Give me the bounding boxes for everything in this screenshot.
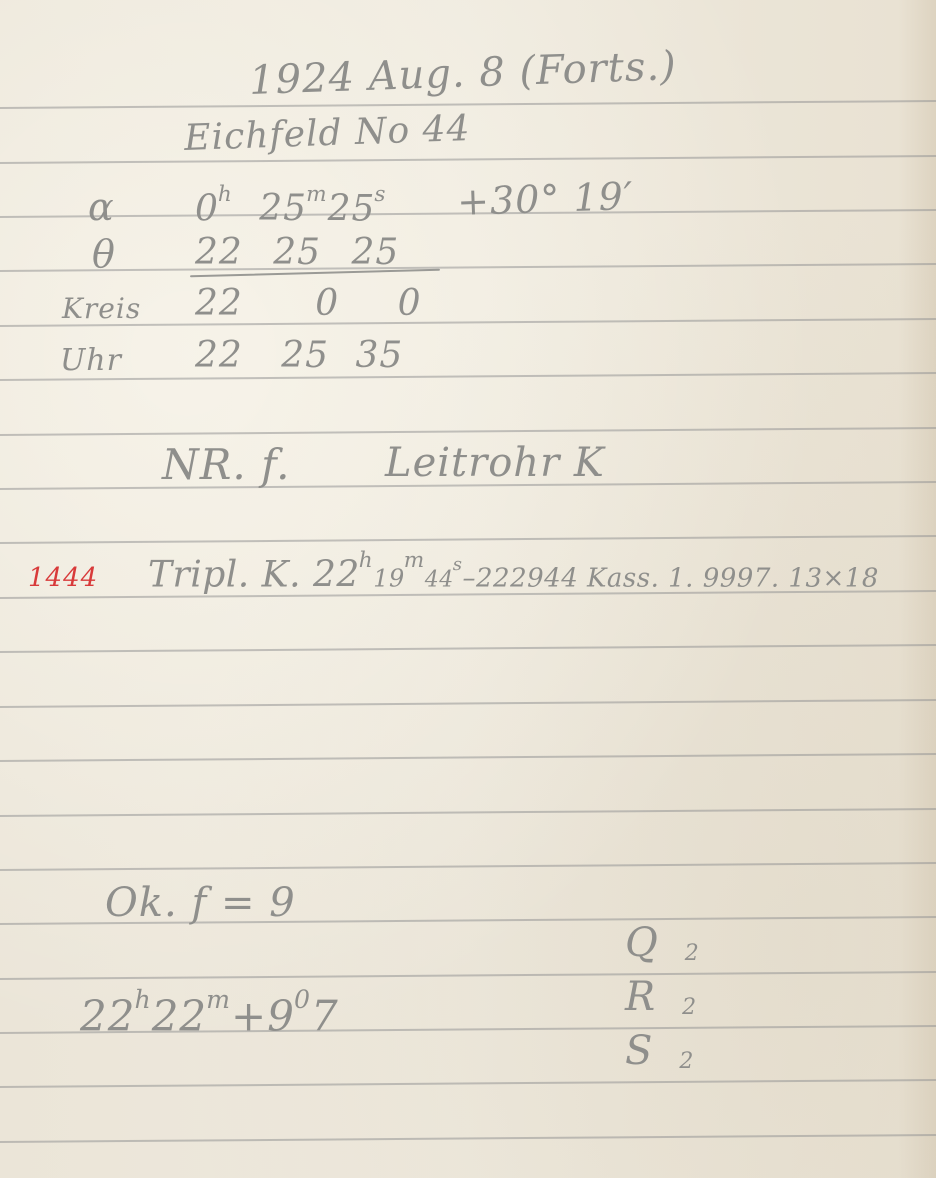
symbol-stack: Q 2 R 2 S 2 <box>625 920 700 1074</box>
symbol-row: Q 2 <box>625 920 700 966</box>
position-note: 22h22m+907 <box>80 985 339 1041</box>
symbol-row: S 2 <box>625 1028 700 1074</box>
ruled-line <box>0 372 936 381</box>
row-label-kreis: Kreis <box>62 292 141 325</box>
ruled-line <box>0 971 936 980</box>
entry-date: 1924 Aug. 8 (Forts.) <box>248 43 677 104</box>
kreis-values: 22 0 0 <box>195 283 422 324</box>
note-leitrohr: Leitrohr K <box>385 440 605 486</box>
ruled-line <box>0 699 936 708</box>
plate-number: 1444 <box>28 563 98 593</box>
symbol-exponent: 2 <box>682 995 697 1020</box>
symbol-glyph: S <box>625 1028 653 1074</box>
ocular-note: Ok. f = 9 <box>105 880 296 926</box>
note-nr: NR. f. <box>162 440 290 489</box>
ruled-line <box>0 1134 936 1143</box>
ruled-line <box>0 862 936 871</box>
ruled-line <box>0 808 936 817</box>
ruled-line <box>0 753 936 762</box>
ruled-line <box>0 644 936 653</box>
theta-values: 22 25 25 <box>195 232 399 273</box>
plate-entry-text: Tripl. K. 22h19m44s–222944 Kass. 1. 9997… <box>148 548 879 595</box>
ruled-line <box>0 155 936 164</box>
symbol-row: R 2 <box>625 974 700 1020</box>
symbol-glyph: R <box>625 974 656 1020</box>
declination-value: +30° 19′ <box>456 174 634 224</box>
ruled-line <box>0 1079 936 1088</box>
symbol-exponent: 2 <box>679 1049 694 1074</box>
row-label-uhr: Uhr <box>60 343 122 378</box>
notebook-page: 1924 Aug. 8 (Forts.) Eichfeld No 44 α 0h… <box>0 0 936 1178</box>
row-label-alpha: α <box>88 185 115 229</box>
show-through-text <box>560 110 570 145</box>
symbol-glyph: Q <box>625 920 659 966</box>
ruled-line <box>0 535 936 544</box>
row-label-theta: θ <box>92 232 116 276</box>
ruled-line <box>0 427 936 436</box>
uhr-values: 22 25 35 <box>195 335 403 376</box>
symbol-exponent: 2 <box>685 941 700 966</box>
alpha-value: 0h 25m25s <box>195 182 386 229</box>
ruled-line <box>0 263 936 272</box>
field-name: Eichfeld No 44 <box>184 108 471 159</box>
